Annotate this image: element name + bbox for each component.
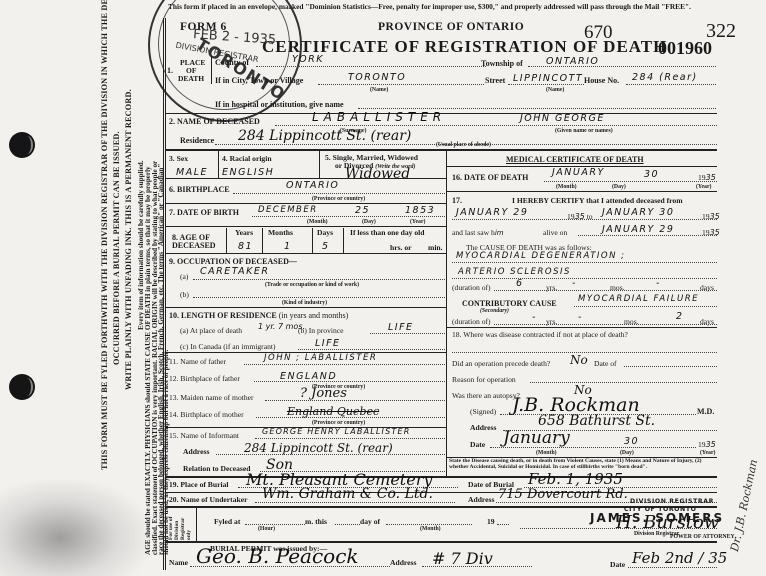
contributory-value: MYOCARDIAL FAILURE	[578, 294, 699, 304]
mos-label: mos.	[610, 283, 625, 292]
duration-1-years: 6	[516, 278, 524, 289]
burial-date-value: Feb. 1, 1935	[528, 470, 623, 488]
dob-month: DECEMBER	[258, 205, 318, 215]
registration-number-upper: 670	[584, 22, 613, 44]
given-value: JOHN GEORGE	[520, 113, 605, 124]
footnote: State the Disease causing death, or in d…	[449, 458, 717, 471]
cause-line-1	[452, 262, 717, 263]
father-line	[244, 364, 445, 365]
duration-1-label: (duration of)	[452, 283, 491, 292]
occupation-label: 9. OCCUPATION OF DECEASED—	[169, 257, 297, 266]
relation-label: Relation to Deceased	[183, 464, 250, 473]
day-of-label: day of	[360, 517, 380, 526]
yrs-label-2: yrs.	[546, 317, 557, 326]
divider-thick	[165, 541, 717, 543]
given-sub: (Given name or names)	[555, 128, 613, 134]
mother-birthplace-label: 14. Birthplace of mother	[169, 410, 244, 419]
years-label: Years	[235, 228, 253, 237]
occupation-b-line	[193, 297, 445, 298]
contributory-sub: (Secondary)	[480, 308, 509, 314]
duration-2-label: (duration of)	[452, 317, 491, 326]
occupation-b-label: (b)	[180, 290, 189, 299]
ink-smudge	[0, 480, 150, 576]
days-label: Days	[317, 228, 333, 237]
occupation-a-value: CARETAKER	[200, 266, 270, 277]
cell-divider	[218, 151, 219, 178]
hospital-label: If in hospital or institution, give name	[215, 100, 344, 109]
duration-2-days: 2	[676, 311, 684, 322]
undertaker-line	[255, 502, 455, 503]
mos-label-2: mos.	[624, 317, 639, 326]
age-years: 81	[238, 241, 253, 252]
days-label-2: days	[700, 317, 714, 326]
sex-label: 3. Sex	[169, 154, 188, 163]
permit-date-line	[628, 567, 717, 568]
dod-month: JANUARY	[552, 167, 605, 178]
cert-date-year: 1935	[698, 440, 716, 449]
alive-on-label: alive on	[543, 228, 567, 237]
house-value: 284 (Rear)	[632, 72, 698, 83]
residence-c-line	[298, 349, 445, 350]
attended-to-year: 1935	[702, 212, 720, 221]
city-name-sub: (Name)	[370, 87, 388, 93]
divider	[165, 203, 446, 204]
street-line	[508, 84, 584, 85]
cert-date-label: Date	[470, 440, 485, 449]
age-months: 1	[284, 241, 292, 252]
duration-2-line	[494, 324, 717, 325]
alive-year: 1935	[702, 228, 720, 237]
serial-number: 001960	[658, 38, 712, 59]
physician-address-label: Address	[470, 423, 496, 432]
divider	[165, 253, 446, 254]
residence-b-line	[370, 333, 445, 334]
mother-birthplace-value: England Quebec	[287, 405, 379, 418]
cert-date-day: 30	[624, 436, 639, 447]
duration-1-line	[494, 290, 717, 291]
burial-place-label: 19. Place of Burial	[169, 480, 228, 489]
occupation-a-line	[193, 279, 445, 280]
occupation-a-label: (a)	[180, 272, 188, 281]
permit-address-label: Address	[390, 558, 416, 567]
operation-reason-line	[530, 382, 717, 383]
months-label: Months	[268, 228, 293, 237]
side-instruction-2: OCCURRED BEFORE A BURIAL PERMIT CAN BE I…	[112, 131, 122, 365]
name-line	[275, 125, 717, 126]
father-label: 11. Name of father	[169, 357, 226, 366]
cause-line-2	[452, 278, 717, 279]
racial-label: 4. Racial origin	[222, 154, 272, 163]
date-of-death-label: 16. DATE OF DEATH	[452, 173, 528, 182]
dod-day-sub: (Day)	[612, 184, 626, 190]
divider	[447, 327, 717, 328]
registrar-signature: H. Burstow	[616, 512, 719, 533]
operation-date-line	[624, 366, 717, 367]
registrar-title-stamp: DIVISION REGISTRAR	[630, 498, 714, 505]
undertaker-label: 20. Name of Undertaker	[169, 495, 247, 504]
father-birthplace-value: ENGLAND	[280, 371, 337, 382]
sex-value: MALE	[176, 167, 208, 178]
divider	[165, 178, 446, 179]
birthplace-sub: (Province or country)	[312, 196, 365, 202]
dob-label: 7. DATE OF BIRTH	[169, 208, 239, 217]
autopsy-label: Was there an autopsy?	[452, 391, 520, 400]
mother-birthplace-sub: (Province or country)	[312, 420, 365, 426]
residence-c-value: LIFE	[315, 338, 341, 349]
physician-address-value: 658 Bathurst St.	[538, 413, 655, 429]
cell-divider	[319, 151, 320, 178]
undertaker-address-value: 715 Dovercourt Rd.	[498, 487, 628, 502]
divider-thick	[165, 149, 717, 151]
mother-label: 13. Maiden name of mother	[169, 393, 254, 402]
residence-length-label: 10. LENGTH OF RESIDENCE (in years and mo…	[169, 311, 348, 320]
attended-from-year: 1935 to	[567, 212, 593, 221]
fyled-month-line	[386, 524, 472, 525]
contributory-cause-label: CONTRIBUTORY CAUSE	[462, 299, 557, 308]
less-day-label: If less than one day old	[350, 228, 424, 237]
registrar-only-label: For use of Division Registrar only	[168, 510, 192, 540]
cert-date-month: January	[503, 428, 570, 448]
racial-value: ENGLISH	[222, 167, 274, 178]
alive-line	[578, 235, 717, 236]
dob-year-sub: (Year)	[410, 219, 425, 225]
attended-from: JANUARY 29	[456, 207, 528, 218]
death-certificate-page: THIS FORM MUST BE FYLED FORTHWITH WITH T…	[0, 0, 766, 576]
informant-address-value: 284 Lippincott St. (rear)	[244, 441, 393, 455]
column-divider	[446, 151, 447, 476]
birthplace-line	[233, 193, 445, 194]
signed-label: (Signed)	[470, 407, 496, 416]
cause-line-1-value: MYOCARDIAL DEGENERATION ;	[456, 251, 626, 261]
permit-name-value: Geo. B. Peacock	[196, 544, 359, 568]
side-instruction-3: WRITE PLAINLY WITH UNFADING INK. THIS IS…	[124, 89, 134, 390]
operation-value: No	[570, 353, 588, 367]
age-label-2: DECEASED	[172, 241, 216, 250]
cell-divider	[226, 228, 227, 253]
divider	[165, 307, 446, 308]
dod-day: 30	[644, 169, 659, 180]
father-value: JOHN ; LABALLISTER	[264, 353, 377, 363]
dod-month-sub: (Month)	[556, 184, 577, 190]
days-label-1: days	[700, 283, 714, 292]
md-label: M.D.	[697, 407, 714, 416]
province-heading: PROVINCE OF ONTARIO	[378, 21, 524, 33]
duration-1-days: -	[656, 278, 661, 289]
cert-day-sub: (Day)	[620, 450, 634, 456]
name-label: 2. NAME OF DECEASED	[169, 117, 260, 126]
residence-label: Residence	[180, 136, 214, 145]
city-label: If in City, Town or Village	[215, 76, 303, 85]
permit-address-value: # 7 Div	[432, 549, 493, 568]
undertaker-address-label: Address	[468, 495, 494, 504]
form-left-border	[163, 18, 166, 570]
township-label: Township of	[481, 59, 523, 68]
occupation-b-sub: (Kind of industry)	[282, 300, 327, 306]
residence-value: 284 Lippincott St. (rear)	[238, 128, 411, 144]
undertaker-value: Wm. Graham & Co. Ltd.	[262, 486, 433, 502]
cert-month-sub: (Month)	[536, 450, 557, 456]
birthplace-value: ONTARIO	[286, 180, 339, 191]
informant-value: GEORGE HENRY LABALLISTER	[262, 427, 411, 436]
surname-value: LABALLISTER	[312, 110, 446, 124]
dob-day-sub: (Day)	[362, 219, 376, 225]
hrs-label: hrs. or	[390, 243, 412, 252]
fyled-day-line	[335, 524, 360, 525]
fyled-at-label: Fyled at	[214, 517, 240, 526]
dod-year: 1935	[698, 173, 716, 182]
street-name-sub: (Name)	[546, 87, 564, 93]
permit-date-value: Feb 2nd / 35	[632, 549, 727, 567]
place-bracket	[211, 56, 212, 84]
township-value: ONTARIO	[546, 56, 599, 67]
informant-label: 15. Name of Informant	[169, 431, 239, 440]
divider	[447, 191, 717, 192]
duration-1-months: -	[572, 278, 577, 289]
duration-2-months: -	[578, 312, 583, 323]
mother-line	[265, 400, 445, 401]
last-saw-label: and last saw him	[452, 228, 504, 237]
street-value: LIPPINCOTT	[513, 73, 583, 84]
yrs-label: yrs.	[546, 283, 557, 292]
dod-year-sub: (Year)	[696, 184, 711, 190]
registrar-sig-line	[520, 528, 717, 529]
certify-number: 17.	[452, 196, 462, 205]
death-label: DEATH	[178, 74, 204, 83]
birthplace-label: 6. BIRTHPLACE	[169, 185, 230, 194]
place-number: 1.	[167, 66, 173, 75]
divider	[165, 492, 717, 493]
min-label: min.	[428, 243, 443, 252]
father-birthplace-label: 12. Birthplace of father	[169, 374, 240, 383]
operation-reason-label: Reason for operation	[452, 375, 516, 384]
hospital-line	[358, 108, 716, 109]
cell-divider	[312, 228, 313, 253]
punch-hole-top	[9, 132, 35, 158]
residence-c-label: (c) In Canada (if an immigrant)	[180, 342, 276, 351]
month-sub: (Month)	[420, 526, 441, 532]
fyled-year-line	[497, 524, 509, 525]
dob-day: 25	[355, 205, 370, 216]
street-label: Street	[485, 76, 505, 85]
city-line	[318, 84, 484, 85]
permit-date-label: Date	[610, 560, 625, 569]
cert-year-sub: (Year)	[700, 450, 715, 456]
hour-sub: (Hour)	[258, 526, 275, 532]
registrar-divider	[196, 508, 197, 541]
age-days: 5	[322, 241, 330, 252]
power-of-attorney: POWER OF ATTORNEY	[670, 534, 735, 540]
county-line	[256, 66, 486, 67]
alive-on-value: JANUARY 29	[602, 224, 674, 235]
residence-a-label: (a) At place of death	[180, 326, 242, 335]
cell-divider	[343, 228, 344, 253]
disease-contracted-label: 18. Where was disease contracted if not …	[452, 330, 628, 339]
residence-sub: (Usual place of abode)	[436, 142, 491, 148]
county-label: County of	[215, 58, 249, 67]
residence-b-value: LIFE	[388, 322, 414, 333]
marital-value: Widowed	[345, 166, 410, 182]
informant-address-label: Address	[183, 447, 209, 456]
fyled-year-prefix: 19	[487, 517, 495, 526]
city-value: TORONTO	[348, 72, 406, 83]
dob-line	[252, 216, 445, 217]
divider	[165, 226, 446, 227]
contributory-line	[574, 306, 717, 307]
mother-value: ? Jones	[300, 386, 347, 401]
punch-hole-bottom	[9, 374, 35, 400]
operation-label: Did an operation precede death?	[452, 359, 550, 368]
cell-divider	[262, 228, 263, 253]
county-value: YORK	[292, 54, 324, 65]
house-line	[626, 84, 716, 85]
margin-signature: Dr. J.B. Rockman	[728, 458, 760, 552]
fyled-hour-line	[245, 524, 305, 525]
dod-line	[544, 181, 717, 182]
dob-year: 1853	[405, 205, 435, 216]
house-label: House No.	[584, 76, 619, 85]
duration-2-years: -	[532, 312, 537, 323]
attended-to: JANUARY 30	[602, 207, 674, 218]
dob-month-sub: (Month)	[307, 219, 328, 225]
informant-line	[255, 438, 445, 439]
permit-name-label: Name	[169, 558, 188, 567]
certify-text: I HEREBY CERTIFY that I attended decease…	[512, 196, 683, 205]
side-instruction-1: THIS FORM MUST BE FYLED FORTHWITH WITH T…	[100, 0, 110, 470]
medical-header: MEDICAL CERTIFICATE OF DEATH	[506, 155, 644, 164]
occupation-a-sub: (Trade or occupation or kind of work)	[265, 282, 359, 288]
residence-b-label: (b) In province	[298, 326, 344, 335]
operation-date-label: Date of	[594, 359, 617, 368]
m-this-label: m. this	[305, 517, 327, 526]
cause-line-2-value: ARTERIO SCLEROSIS	[458, 267, 571, 277]
